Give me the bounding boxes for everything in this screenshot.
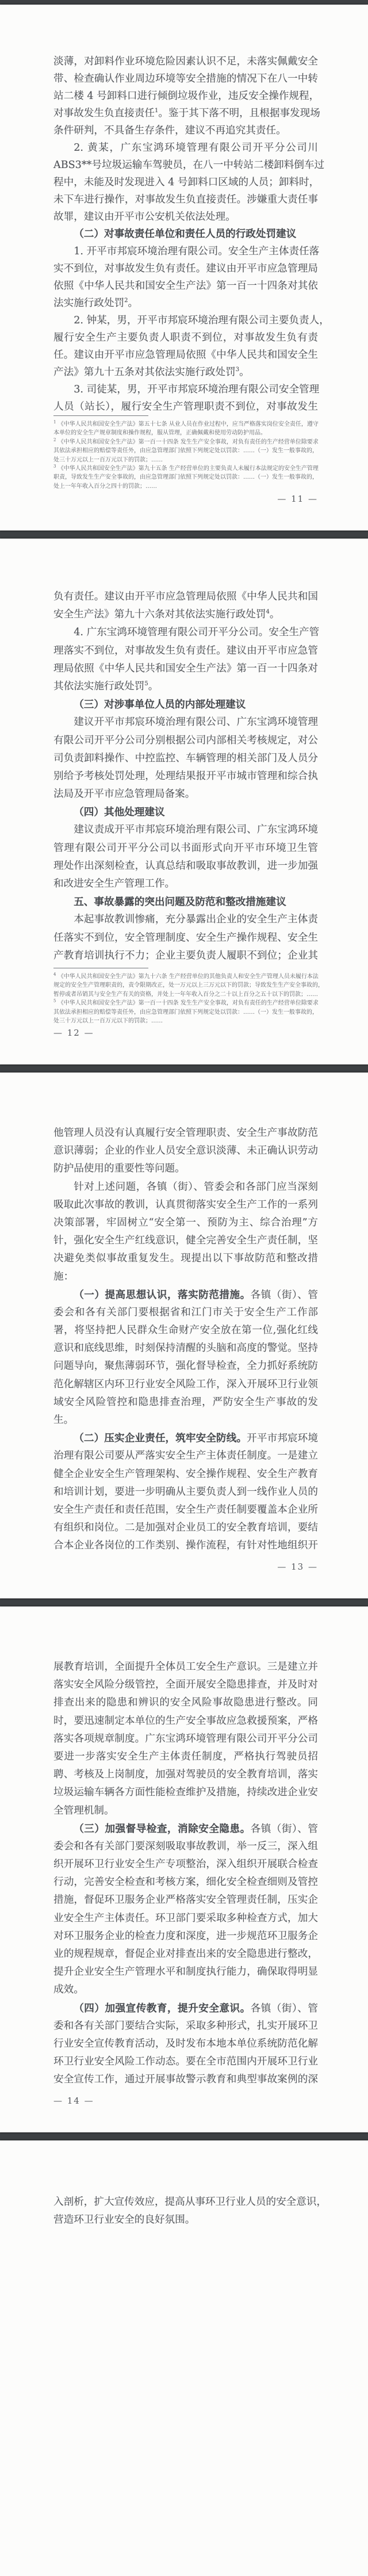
body-text: 施： [53, 1271, 74, 1283]
text-line: 吸取此次事故的教训，认真贯彻落实安全生产工作的一系列 [53, 1196, 318, 1214]
footnote-divider [53, 415, 148, 416]
page-number: — 13 — [53, 1562, 318, 1572]
text-line: 理局依照《中华人民共和国安全生产法》第一百一十四条对 [53, 660, 318, 678]
body-text: 实不到位，对事故发生负有责任。建议由开平市应急管理局 [53, 263, 318, 274]
text-line: 行业安全宣传教育活动，及时发布本地本单位系统防范化解 [53, 2035, 318, 2053]
text-line: 理处作出深刻检查，认真总结和吸取事故教训，进一步加强 [53, 857, 318, 875]
text-line: 法实施行政处罚2。 [53, 295, 318, 312]
body-text: 全管理机制。 [53, 1805, 114, 1816]
body-text: 织开展环卫行业安全生产专项整治，深入组织开展联合检查 [53, 1858, 318, 1870]
text-line: 针，强化安全生产红线意识，健全完善安全生产责任制，坚 [53, 1232, 318, 1250]
body-text: 排查出来的隐患和辨识的安全风险事故隐患进行整改。同 [53, 1697, 318, 1708]
body-text: 域安全风险管控和隐患排查治理，严防安全生产事故的发 [53, 1396, 318, 1408]
text-line: 决策部署，牢固树立“安全第一、预防为主、综合治理”方 [53, 1214, 318, 1232]
body-text: 《中华人民共和国安全生产法》第五十七条 从业人员在作业过程中，应当严格落实岗位安… [56, 421, 318, 428]
text-line: 健全企业安全生产管理架构、安全操作规程、安全生产教育 [53, 1466, 318, 1483]
text-line: 署，将坚持把人民群众生命财产安全放在第一位,强化红线 [53, 1322, 318, 1339]
text-line: 环卫行业安全风险工作动态。要在全市范围内开展环卫行业 [53, 2053, 318, 2071]
text-line: 建议开平市邦宸环境治理有限公司、广东宝鸿环境管理 [53, 713, 318, 731]
body-text: 展教育培训，全面提升全体员工安全生产意识。三是建立并 [53, 1661, 318, 1673]
body-text: 针，强化安全生产红线意识，健全完善安全生产责任制，坚 [53, 1235, 318, 1246]
body-text: 条件研判，不具备生存条件，建议不再追究其责任。 [53, 125, 286, 136]
text-line: 行动，完善安全检查和考核方案，细化安全检查细则及管控 [53, 1873, 318, 1891]
body-text: 对环卫服务企业的检查力度和深度，进一步规范环卫服务企 [53, 1930, 318, 1942]
body-text: 针对上述问题，各镇（街）、管委会和各部门应当深刻 [74, 1181, 318, 1193]
body-text: 处三十万元以上一百万元以下的罚款；…… [53, 1018, 163, 1024]
body-text: 措施，督促环卫服务企业严格落实安全管理责任制，压实企 [53, 1894, 318, 1906]
body-text: 合本企业各岗位的工作类别、操作流程，有针对性地组织开 [53, 1540, 318, 1551]
document-pages: 淡薄，对卸料作业环境危险因素认识不足，未落实佩戴安全带、检查确认作业周边环境等安… [0, 0, 368, 2576]
text-line: 织开展环卫行业安全生产专项整治，深入组织开展联合检查 [53, 1856, 318, 1873]
body-text: 委和各有关部门要结合实际，采取多种形式，扎实开展环卫 [53, 2020, 318, 2032]
body-text: 防护品使用的重要性等问题。 [53, 1163, 185, 1174]
body-text: 处上一年年收入百分之四十的罚款；…… [53, 483, 157, 490]
text-line: 有限公司开平分公司分别根据公司内部相关考核规定，对公 [53, 732, 318, 750]
body-text: 故罪，建议由开平市公安机关依法处理。 [53, 211, 236, 223]
body-text: 其依法承担相应的赔偿等责任外，由应急管理部门依照下列规定处以罚款：……（一）发生… [53, 448, 318, 454]
body-text: 生。 [53, 1414, 74, 1426]
document-page-11: 淡薄，对卸料作业环境危险因素认识不足，未落实佩戴安全带、检查确认作业周边环境等安… [0, 5, 368, 531]
body-text: 决避免类似事故重复发生。现提出以下事故防范和整改措 [53, 1253, 318, 1264]
body-text: 建议开平市邦宸环境治理有限公司、广东宝鸿环境管理 [74, 716, 318, 728]
text-line: 2. 钟某，男，开平市邦宸环境治理有限公司主要负责人， [53, 312, 318, 329]
text-line: 合本企业各岗位的工作类别、操作流程，有针对性地组织开 [53, 1537, 318, 1555]
heading-text: （三）对涉事单位人员的内部处理建议 [74, 699, 246, 711]
body-text: 人员（站长），履行安全生产管理职责不到位，对事故发生 [53, 401, 318, 413]
body-text: 有组织和岗位。二是加强对企业员工的安全教育培训，要结 [53, 1522, 318, 1533]
text-line: 业的规程规章，督促企业对排查出来的安全隐患进行整改， [53, 1945, 318, 1963]
body-text: 和改进安全生产管理工作。 [53, 878, 175, 890]
text-line: 处上一年年收入百分之四十的罚款；…… [53, 482, 318, 491]
heading-text: （二）对事故责任单位和责任人员的行政处罚建议 [74, 228, 296, 240]
body-text: 时，要迅速制定本单位的生产安全事故应急救援预案，严格 [53, 1715, 318, 1727]
body-text: 安全宣传工作，通过开展事故警示教育和典型事故案例的深 [53, 2074, 318, 2085]
body-text: 垃圾运输车辆各方面性能检查维护及措施，持续改进企业安 [53, 1787, 318, 1798]
text-line: 落实各项规章制度。广东宝鸿环境管理有限公司开平分公司 [53, 1730, 318, 1748]
document-page-14: 展教育培训，全面提升全体员工安全生产意识。三是建立并落实安全风险分级管控，全面开… [0, 1606, 368, 2132]
text-line: 其依法实施行政处罚5。 [53, 678, 318, 696]
text-line: ABS3**号垃圾运输车驾驶员，在八一中转站二楼卸料倒车过 [53, 157, 318, 174]
body-text: 各镇（街）、管 [251, 1289, 318, 1301]
text-line: 职责，导致发生生产安全事故的，由应急管理部门依照下列规定处以罚款：……（一）发生… [53, 473, 318, 482]
body-text: 其依法承担相应的赔偿等责任外，由应急管理部门依照下列规定处以罚款：……（一）发生… [53, 1009, 318, 1016]
text-line: 产教育培训执行不力；企业主要负责人履职不到位；企业其 [53, 947, 318, 965]
text-line: 防护品使用的重要性等问题。 [53, 1160, 318, 1178]
body-text: 处三十万元以上一百万元以下的罚款；…… [53, 457, 163, 463]
text-line: （一）提高思想认识，落实防范措施。各镇（街）、管 [53, 1286, 318, 1304]
body-text: 职责，导致发生生产安全事故的，由应急管理部门依照下列规定处以罚款：……（一）发生… [53, 474, 318, 480]
body-text: ABS3**号垃圾运输车驾驶员，在八一中转站二楼卸料倒车过 [53, 159, 324, 171]
body-text: 建议责成开平市邦宸环境治理有限公司、广东宝鸿环境 [74, 824, 318, 835]
page-body-text: 淡薄，对卸料作业环境危险因素认识不足，未落实佩戴安全带、检查确认作业周边环境等安… [53, 53, 318, 415]
body-text: 成效。 [53, 1984, 84, 1995]
body-text: 吸取此次事故的教训，认真贯彻落实安全生产工作的一系列 [53, 1199, 318, 1211]
body-text: 别给予考核处罚处理，处理结果报开平市城市管理和综合执 [53, 770, 318, 782]
text-line: 委会和各有关部门要根据省和江门市关于安全生产工作部 [53, 1304, 318, 1322]
body-text: 产法》第九十五条对其依法实施行政处罚 [53, 367, 236, 378]
text-line: 2. 黄某，广东宝鸿环境管理有限公司开平分公司川 [53, 139, 318, 157]
body-text: 问题导向，聚焦薄弱环节，强化督导检查，全力抓好系统防 [53, 1360, 318, 1372]
text-line: 范化解辖区内环卫行业安全风险工作，深入开展环卫行业领 [53, 1376, 318, 1394]
text-line: （二）压实企业责任，筑牢安全防线。开平市邦宸环境 [53, 1429, 318, 1447]
text-line: 1. 开平市邦宸环境治理有限公司。安全生产主体责任落 [53, 243, 318, 260]
body-text: 《中华人民共和国安全生产法》第九十六条 生产经营单位的其他负责人和安全生产管理人… [56, 974, 318, 980]
text-line: 暂停或者吊销其与安全生产有关的资格，并处上一年年收入百分之二十以上百分之五十以下… [53, 990, 318, 999]
text-line: 故罪，建议由开平市公安机关依法处理。 [53, 208, 318, 226]
heading-text: （三）加强督导检查，消除安全隐患。 [74, 1823, 250, 1835]
body-text: 和培训计划，要进一步明确从主要负责人到一线作业人员的 [53, 1486, 318, 1498]
text-line: （三）对涉事单位人员的内部处理建议 [53, 696, 318, 713]
text-line: 依照《中华人民共和国安全生产法》第一百一十四条对其依 [53, 277, 318, 295]
body-text: 司负责卸料操作、中控监控、车辆管理的相关部门及人员分 [53, 753, 318, 764]
body-text: 聘、考核及上岗制度，加强对驾驶员的安全教育培训，落实 [53, 1769, 318, 1780]
body-text: 1. 开平市邦宸环境治理有限公司。安全生产主体责任落 [74, 246, 319, 257]
body-text: 理局依照《中华人民共和国安全生产法》第一百一十四条对 [53, 663, 318, 674]
text-line: 人员（站长），履行安全生产管理职责不到位，对事故发生 [53, 398, 318, 415]
text-line: 展教育培训，全面提升全体员工安全生产意识。三是建立并 [53, 1658, 318, 1676]
body-text: 署，将坚持把人民群众生命财产安全放在第一位,强化红线 [53, 1325, 318, 1336]
text-line: 要进一步落实安全生产主体责任制度，严格执行驾驶员招 [53, 1748, 318, 1766]
body-text: 未下车进行操作，对事故发生负直接责任。涉嫌重大责任事 [53, 194, 318, 205]
text-line: 入剖析，扩大宣传效应，提高从事环卫行业人员的安全意识， [53, 2193, 318, 2211]
body-text: 3. 司徒某，男，开平市邦宸环境治理有限公司安全管理 [74, 384, 319, 395]
body-text: 落实各项规章制度。广东宝鸿环境管理有限公司开平分公司 [53, 1733, 318, 1745]
body-text: 本单位的安全生产规章制度和操作规程，服从管理，正确佩戴和使用劳动防护用品。 [53, 430, 266, 436]
text-line: 带、检查确认作业周边环境等安全措施的情况下在八一中转 [53, 70, 318, 87]
body-text: 2. 黄某，广东宝鸿环境管理有限公司开平分公司川 [74, 142, 318, 154]
body-text: 。 [239, 367, 250, 378]
body-text: 行业安全宣传教育活动，及时发布本地本单位系统防范化解 [53, 2038, 318, 2050]
text-line: 建议责成开平市邦宸环境治理有限公司、广东宝鸿环境 [53, 821, 318, 839]
text-line: 措施，督促环卫服务企业严格落实安全管理责任制，压实企 [53, 1891, 318, 1909]
body-text: 落实安全风险分级管控，全面开展安全隐患排查，并及时对 [53, 1679, 318, 1690]
text-line: 意识薄弱；企业的作业人员安全意识淡薄、未正确认识劳动 [53, 1142, 318, 1160]
text-line: 产法》第九十五条对其依法实施行政处罚3。 [53, 364, 318, 381]
text-line: 决避免类似事故重复发生。现提出以下事故防范和整改措 [53, 1250, 318, 1268]
text-line: 负有责任。建议由开平市应急管理局依照《中华人民共和国 [53, 588, 318, 606]
text-line: 业安全生产主体责任。环卫部门要采取多种检查方式，加大 [53, 1910, 318, 1928]
text-line: 3. 司徒某，男，开平市邦宸环境治理有限公司安全管理 [53, 381, 318, 398]
document-page-13: 他管理人员没有认真履行安全管理职责、安全生产事故防范意识薄弱；企业的作业人员安全… [0, 1073, 368, 1598]
heading-text: （二）压实企业责任，筑牢安全防线。 [74, 1432, 247, 1444]
text-line: （四）加强宣传教育，提升安全意识。各镇（街）、管 [53, 1999, 318, 2017]
body-text: 入剖析，扩大宣传效应，提高从事环卫行业人员的安全意识， [53, 2196, 327, 2208]
text-line: 其依法承担相应的赔偿等责任外，由应急管理部门依照下列规定处以罚款：……（一）发生… [53, 1008, 318, 1017]
text-line: 时，要迅速制定本单位的生产安全事故应急救援预案，严格 [53, 1712, 318, 1730]
page-number: — 14 — [53, 2096, 318, 2106]
text-line: 问题导向，聚焦薄弱环节，强化督导检查，全力抓好系统防 [53, 1357, 318, 1375]
document-page-15: 入剖析，扩大宣传效应，提高从事环卫行业人员的安全意识，营造环卫行业安全的良好氛围… [0, 2140, 368, 2576]
text-line: 实不到位，对事故发生负有责任。建议由开平市应急管理局 [53, 260, 318, 277]
body-text: 本起事故教训惨痛，充分暴露出企业的安全生产主体责 [74, 914, 318, 925]
text-line: 委会和各有关部门要深刻吸取事故教训，举一反三，深入组 [53, 1838, 318, 1856]
body-text: 行动，完善安全检查和考核方案，细化安全检查细则及管控 [53, 1876, 318, 1888]
text-line: 理落实不到位，对事故发生负有责任。建议由开平市应急管 [53, 642, 318, 660]
text-line: 2 《中华人民共和国安全生产法》第一百一十四条 发生生产安全事故，对负有责任的生… [53, 438, 318, 446]
text-line: 4 《中华人民共和国安全生产法》第九十六条 生产经营单位的其他负责人和安全生产管… [53, 972, 318, 981]
body-text: 《中华人民共和国安全生产法》第一百一十四条 发生生产安全事故，对负有责任的生产经… [56, 439, 318, 445]
text-line: 意识和底线思维，时刻保持清醒的头脑和高度的警觉。坚持 [53, 1339, 318, 1357]
text-line: 安全宣传工作，通过开展事故警示教育和典型事故案例的深 [53, 2071, 318, 2089]
body-text: 产教育培训执行不力；企业主要负责人履职不到位；企业其 [53, 950, 318, 961]
text-line: 管理有限公司开平分公司以书面形式向开平市环境卫生管 [53, 839, 318, 857]
body-text: 带、检查确认作业周边环境等安全措施的情况下在八一中转 [53, 73, 318, 85]
body-text: 营造环卫行业安全的良好氛围。 [53, 2214, 195, 2226]
body-text: 其依法实施行政处罚 [53, 681, 144, 692]
body-text: 任落实不到位，安全管理制度、安全生产操作规程、安全生 [53, 932, 318, 944]
body-text: 他管理人员没有认真履行安全管理职责、安全生产事故防范 [53, 1127, 318, 1139]
text-line: 条件研判，不具备生存条件，建议不再追究其责任。 [53, 122, 318, 139]
body-text: 业安全生产主体责任。环卫部门要采取多种检查方式，加大 [53, 1913, 318, 1924]
body-text: 。鉴于其下落不明，且根据事发现场 [158, 108, 320, 119]
text-line: 其依法承担相应的赔偿等责任外，由应急管理部门依照下列规定处以罚款：……（一）发生… [53, 446, 318, 455]
text-line: 未下车进行操作，对事故发生负直接责任。涉嫌重大责任事 [53, 191, 318, 208]
text-line: 对环卫服务企业的检查力度和深度，进一步规范环卫服务企 [53, 1928, 318, 1945]
footnotes-block: 1 《中华人民共和国安全生产法》第五十七条 从业人员在作业过程中，应当严格落实岗… [53, 415, 318, 491]
heading-text: （一）提高思想认识，落实防范措施。 [74, 1289, 250, 1301]
body-text: 治理有限公司要从严落实安全生产主体责任制度。一是建立 [53, 1450, 318, 1461]
body-text: 意识和底线思维，时刻保持清醒的头脑和高度的警觉。坚持 [53, 1342, 318, 1354]
body-text: 健全企业安全生产管理架构、安全操作规程、安全生产教育 [53, 1468, 318, 1480]
page-number: — 11 — [53, 494, 318, 504]
body-text: 意识薄弱；企业的作业人员安全意识淡薄、未正确认识劳动 [53, 1145, 318, 1157]
body-text: 履行安全生产主要负责人职责不到位，对事故发生负有责 [53, 332, 318, 344]
body-text: 2. 钟某，男，开平市邦宸环境治理有限公司主要负责人， [74, 315, 329, 326]
text-line: 施： [53, 1268, 318, 1286]
body-text: 各镇（街）、管 [251, 2003, 318, 2014]
body-text: 理落实不到位，对事故发生负有责任。建议由开平市应急管 [53, 645, 318, 657]
text-line: 提升企业安全生产管理水平和制度执行能力，确保取得明显 [53, 1963, 318, 1981]
text-line: 任落实不到位，安全管理制度、安全生产操作规程、安全生 [53, 929, 318, 947]
page-body-text: 他管理人员没有认真履行安全管理职责、安全生产事故防范意识薄弱；企业的作业人员安全… [53, 1124, 318, 1555]
body-text: 安全生产责任和责任范围，安全生产责任制要覆盖本企业所 [53, 1504, 318, 1516]
body-text: 站二楼 4 号卸料口进行倾倒垃圾作业，违反安全操作规程， [53, 90, 319, 102]
body-text: 负有责任。建议由开平市应急管理局依照《中华人民共和国 [53, 591, 318, 602]
text-line: 有组织和岗位。二是加强对企业员工的安全教育培训，要结 [53, 1519, 318, 1537]
text-line: （三）加强督导检查，消除安全隐患。各镇（街）、管 [53, 1820, 318, 1838]
body-text: 《中华人民共和国安全生产法》第一百一十四条 发生生产安全事故，对负有责任的生产经… [56, 1000, 318, 1006]
body-text: 各镇（街）、管 [251, 1823, 318, 1835]
body-text: 。 [270, 609, 280, 620]
text-line: 成效。 [53, 1981, 318, 1999]
text-line: 排查出来的隐患和辨识的安全风险事故隐患进行整改。同 [53, 1694, 318, 1712]
text-line: 本单位的安全生产规章制度和操作规程，服从管理，正确佩戴和使用劳动防护用品。 [53, 429, 318, 437]
body-text: 法局及开平市应急管理局备案。 [53, 788, 195, 800]
text-line: 处三十万元以上一百万元以下的罚款；…… [53, 456, 318, 464]
heading-text: （四）其他处理建议 [74, 806, 164, 818]
body-text: 委会和各有关部门要深刻吸取事故教训，举一反三，深入组 [53, 1841, 318, 1852]
body-text: 法实施行政处罚 [53, 297, 124, 309]
text-line: 3 《中华人民共和国安全生产法》第九十五条 生产经营单位的主要负责人未履行本法规… [53, 464, 318, 473]
text-line: 1 《中华人民共和国安全生产法》第五十七条 从业人员在作业过程中，应当严格落实岗… [53, 420, 318, 429]
footnotes-block: 4 《中华人民共和国安全生产法》第九十六条 生产经营单位的其他负责人和安全生产管… [53, 968, 318, 1025]
text-line: 任。建议由开平市应急管理局依照《中华人民共和国安全生 [53, 346, 318, 364]
body-text: 业的规程规章，督促企业对排查出来的安全隐患进行整改， [53, 1948, 318, 1960]
body-text: 。 [148, 681, 159, 692]
body-text: 程中，未能及时发现进入 4 号卸料口区域的人员；卸料时， [53, 177, 319, 188]
text-line: 本起事故教训惨痛，充分暴露出企业的安全生产主体责 [53, 911, 318, 929]
page-number: — 12 — [53, 1028, 318, 1038]
body-text: 管理有限公司开平分公司以书面形式向开平市环境卫生管 [53, 842, 318, 854]
text-line: 5 《中华人民共和国安全生产法》第一百一十四条 发生生产安全事故，对负有责任的生… [53, 999, 318, 1007]
text-line: 程中，未能及时发现进入 4 号卸料口区域的人员；卸料时， [53, 174, 318, 191]
body-text: 。 [128, 297, 139, 309]
text-line: 全管理机制。 [53, 1802, 318, 1820]
text-line: 别给予考核处罚处理，处理结果报开平市城市管理和综合执 [53, 768, 318, 785]
text-line: 安全生产法》第九十六条对其依法实施行政处罚4。 [53, 606, 318, 624]
text-line: 他管理人员没有认真履行安全管理职责、安全生产事故防范 [53, 1124, 318, 1142]
text-line: 履行安全生产主要负责人职责不到位，对事故发生负有责 [53, 329, 318, 346]
body-text: 范化解辖区内环卫行业安全风险工作，深入开展环卫行业领 [53, 1379, 318, 1390]
heading-text: 五、事故暴露的突出问题及防范和整改措施建议 [74, 896, 286, 908]
page-body-text: 负有责任。建议由开平市应急管理局依照《中华人民共和国安全生产法》第九十六条对其依… [53, 588, 318, 965]
text-line: 生。 [53, 1411, 318, 1429]
text-line: 司负责卸料操作、中控监控、车辆管理的相关部门及人员分 [53, 750, 318, 768]
body-text: 淡薄，对卸料作业环境危险因素认识不足，未落实佩戴安全 [53, 56, 318, 67]
body-text: 暂停或者吊销其与安全生产有关的资格，并处上一年年收入百分之二十以上百分之五十以下… [53, 991, 318, 998]
body-text: 依照《中华人民共和国安全生产法》第一百一十四条对其依 [53, 280, 318, 292]
text-line: 和培训计划，要进一步明确从主要负责人到一线作业人员的 [53, 1483, 318, 1501]
text-line: （四）其他处理建议 [53, 803, 318, 821]
body-text: 要进一步落实安全生产主体责任制度，严格执行驾驶员招 [53, 1751, 318, 1762]
text-line: 淡薄，对卸料作业环境危险因素认识不足，未落实佩戴安全 [53, 53, 318, 70]
text-line: 站二楼 4 号卸料口进行倾倒垃圾作业，违反安全操作规程， [53, 87, 318, 105]
text-line: 域安全风险管控和隐患排查治理，严防安全生产事故的发 [53, 1394, 318, 1411]
body-text: 4. 广东宝鸿环境管理有限公司开平分公司。安全生产管 [74, 627, 319, 638]
body-text: 《中华人民共和国安全生产法》第九十五条 生产经营单位的主要负责人未履行本法规定的… [56, 465, 318, 472]
heading-text: （四）加强宣传教育，提升安全意识。 [74, 2002, 250, 2014]
text-line: 五、事故暴露的突出问题及防范和整改措施建议 [53, 893, 318, 911]
text-line: 治理有限公司要从严落实安全生产主体责任制度。一是建立 [53, 1447, 318, 1465]
page-body-text: 入剖析，扩大宣传效应，提高从事环卫行业人员的安全意识，营造环卫行业安全的良好氛围… [53, 2193, 318, 2229]
text-line: 落实安全风险分级管控，全面开展安全隐患排查，并及时对 [53, 1676, 318, 1694]
body-text: 任。建议由开平市应急管理局依照《中华人民共和国安全生 [53, 349, 318, 361]
text-line: 对事故发生负直接责任1。鉴于其下落不明，且根据事发现场 [53, 105, 318, 122]
text-line: 委和各有关部门要结合实际，采取多种形式，扎实开展环卫 [53, 2017, 318, 2035]
body-text: 委会和各有关部门要根据省和江门市关于安全生产工作部 [53, 1307, 318, 1318]
text-line: 聘、考核及上岗制度，加强对驾驶员的安全教育培训，落实 [53, 1766, 318, 1784]
text-line: （二）对事故责任单位和责任人员的行政处罚建议 [53, 226, 318, 243]
footnote-divider [53, 968, 148, 968]
text-line: 和改进安全生产管理工作。 [53, 875, 318, 893]
document-page-12: 负有责任。建议由开平市应急管理局依照《中华人民共和国安全生产法》第九十六条对其依… [0, 539, 368, 1064]
body-text: 提升企业安全生产管理水平和制度执行能力，确保取得明显 [53, 1966, 318, 1978]
body-text: 开平市邦宸环境 [247, 1433, 318, 1444]
page-body-text: 展教育培训，全面提升全体员工安全生产意识。三是建立并落实安全风险分级管控，全面开… [53, 1658, 318, 2089]
text-line: 规定的安全生产管理职责的，责令限期改正，处一万元以上三万元以下的罚款；导致发生生… [53, 981, 318, 990]
body-text: 理处作出深刻检查，认真总结和吸取事故教训，进一步加强 [53, 860, 318, 872]
text-line: 法局及开平市应急管理局备案。 [53, 785, 318, 803]
text-line: 4. 广东宝鸿环境管理有限公司开平分公司。安全生产管 [53, 624, 318, 642]
body-text: 对事故发生负直接责任 [53, 108, 155, 119]
text-line: 针对上述问题，各镇（街）、管委会和各部门应当深刻 [53, 1178, 318, 1196]
body-text: 环卫行业安全风险工作动态。要在全市范围内开展环卫行业 [53, 2056, 318, 2067]
text-line: 安全生产责任和责任范围，安全生产责任制要覆盖本企业所 [53, 1501, 318, 1519]
body-text: 决策部署，牢固树立“安全第一、预防为主、综合治理”方 [53, 1217, 318, 1228]
text-line: 处三十万元以上一百万元以下的罚款；…… [53, 1017, 318, 1025]
body-text: 有限公司开平分公司分别根据公司内部相关考核规定，对公 [53, 735, 318, 746]
body-text: 规定的安全生产管理职责的，责令限期改正，处一万元以上三万元以下的罚款；导致发生生… [53, 982, 324, 989]
text-line: 营造环卫行业安全的良好氛围。 [53, 2211, 318, 2229]
body-text: 安全生产法》第九十六条对其依法实施行政处罚 [53, 609, 266, 620]
text-line: 垃圾运输车辆各方面性能检查维护及措施，持续改进企业安 [53, 1784, 318, 1802]
